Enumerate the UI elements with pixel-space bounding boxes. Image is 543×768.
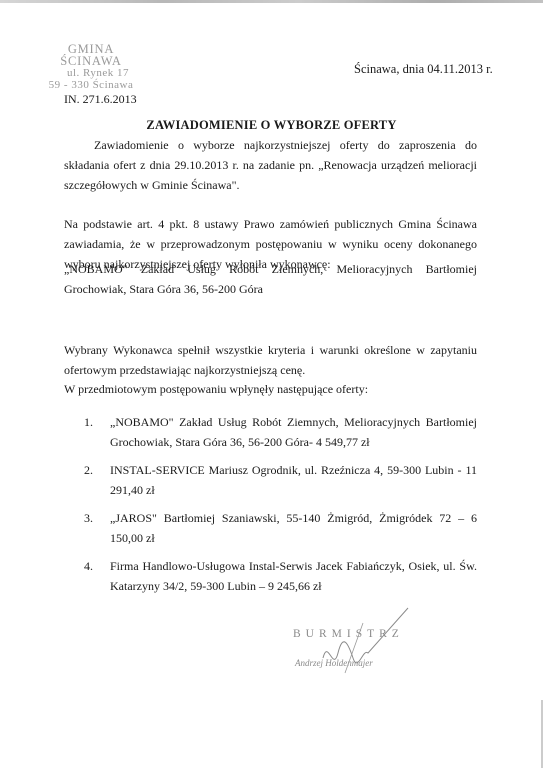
winner-paragraph: „NOBAMO" Zakład Usług Robót Ziemnych, Me… bbox=[64, 259, 477, 299]
offer-number: 4. bbox=[84, 556, 93, 576]
offer-number: 3. bbox=[84, 508, 93, 528]
offer-text: Firma Handlowo-Usługowa Instal-Serwis Ja… bbox=[110, 559, 477, 593]
offers-intro-paragraph: W przedmiotowym postępowaniu wpłynęły na… bbox=[64, 379, 477, 399]
signature-block: BURMISTRZ Andrzej Holdenmajer bbox=[293, 628, 433, 668]
list-item: 1. „NOBAMO" Zakład Usług Robót Ziemnych,… bbox=[84, 412, 477, 452]
offer-text: INSTAL-SERVICE Mariusz Ogrodnik, ul. Rze… bbox=[110, 463, 477, 497]
stamp-line-2: ul. Rynek 17 bbox=[36, 67, 146, 79]
offer-text: „JAROS" Bartłomiej Szaniawski, 55-140 Żm… bbox=[110, 511, 477, 545]
document-date: Ścinawa, dnia 04.11.2013 r. bbox=[354, 62, 493, 77]
handwritten-signature-icon bbox=[303, 603, 423, 683]
offer-number: 1. bbox=[84, 412, 93, 432]
offer-text: „NOBAMO" Zakład Usług Robót Ziemnych, Me… bbox=[110, 415, 477, 449]
document-title: ZAWIADOMIENIE O WYBORZE OFERTY bbox=[0, 118, 543, 133]
stamp-line-1: GMINA ŚCINAWA bbox=[36, 43, 146, 67]
offer-number: 2. bbox=[84, 460, 93, 480]
municipality-stamp: GMINA ŚCINAWA ul. Rynek 17 59 - 330 Ścin… bbox=[36, 43, 146, 91]
criteria-paragraph: Wybrany Wykonawca spełnił wszystkie kryt… bbox=[64, 340, 477, 380]
list-item: 4. Firma Handlowo-Usługowa Instal-Serwis… bbox=[84, 556, 477, 596]
offers-list: 1. „NOBAMO" Zakład Usług Robót Ziemnych,… bbox=[84, 402, 477, 604]
stamp-line-3: 59 - 330 Ścinawa bbox=[36, 79, 146, 91]
list-item: 3. „JAROS" Bartłomiej Szaniawski, 55-140… bbox=[84, 508, 477, 548]
list-item: 2. INSTAL-SERVICE Mariusz Ogrodnik, ul. … bbox=[84, 460, 477, 500]
scan-edge-top bbox=[0, 0, 543, 3]
reference-number: IN. 271.6.2013 bbox=[64, 92, 137, 107]
intro-paragraph: Zawiadomienie o wyborze najkorzystniejsz… bbox=[64, 135, 477, 195]
